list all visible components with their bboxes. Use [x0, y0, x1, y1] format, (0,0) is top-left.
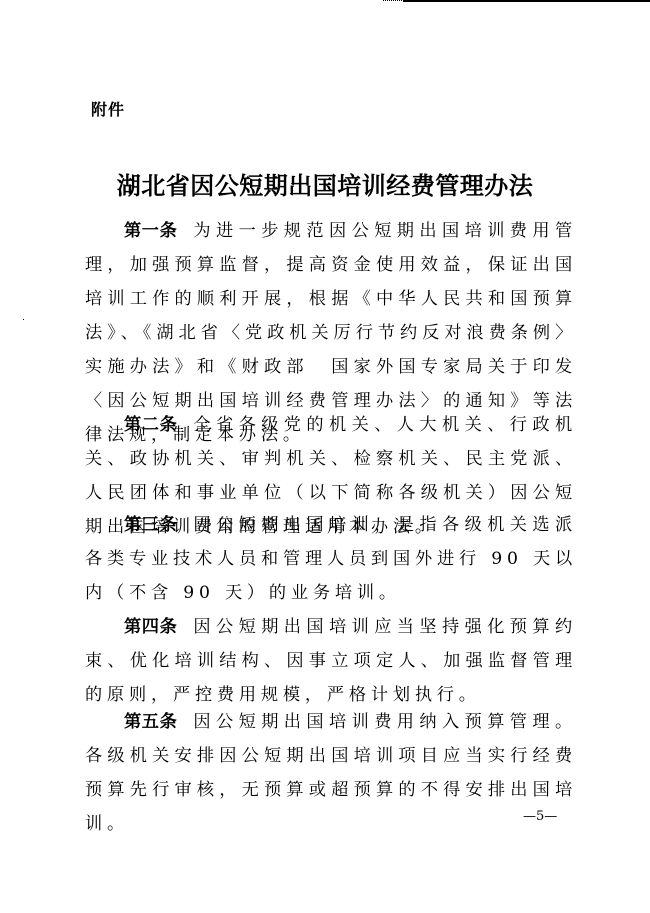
attachment-label: 附件 — [91, 97, 125, 120]
article-4: 第四条因公短期出国培训应当坚持强化预算约束、优化培训结构、因事立项定人、加强监督… — [85, 610, 577, 712]
article-heading: 第三条 — [124, 515, 177, 535]
article-3: 第三条因公短期出国培训，是指各级机关选派各类专业技术人员和管理人员到国外进行 9… — [85, 508, 577, 610]
scan-artifact-dot — [23, 319, 24, 320]
page-number: —5— — [523, 809, 557, 824]
article-heading: 第四条 — [124, 617, 177, 637]
article-5: 第五条因公短期出国培训费用纳入预算管理。各级机关安排因公短期出国培训项目应当实行… — [85, 705, 577, 841]
scan-artifact-line — [403, 0, 650, 2]
document-title: 湖北省因公短期出国培训经费管理办法 — [0, 166, 650, 201]
article-heading: 第二条 — [124, 415, 177, 435]
article-heading: 第五条 — [124, 712, 177, 732]
article-heading: 第一条 — [124, 221, 177, 241]
scan-artifact-line — [383, 0, 403, 1]
